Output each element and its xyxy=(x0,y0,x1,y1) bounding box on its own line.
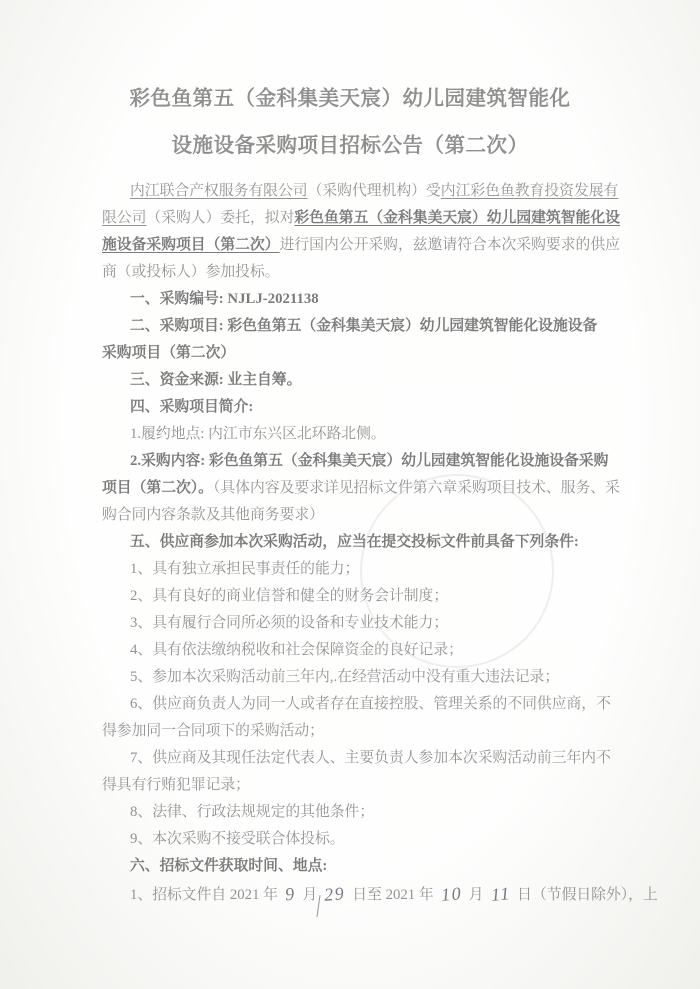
scanned-document-page: 彩色鱼第五（金科集美天宸）幼儿园建筑智能化 设施设备采购项目招标公告（第二次） … xyxy=(0,0,700,989)
document-line: 3、具有履行合同所必须的设备和专业技术能力； xyxy=(102,610,614,637)
document-title: 彩色鱼第五（金科集美天宸）幼儿园建筑智能化 设施设备采购项目招标公告（第二次） xyxy=(0,76,700,170)
document-line: 6、供应商负责人为同一人或者存在直接控股、管理关系的不同供应商，不 xyxy=(102,691,614,718)
text-segment: 8、法律、行政法规规定的其他条件； xyxy=(130,804,374,820)
document-line: 一、采购编号: NJLJ-2021138 xyxy=(102,286,614,313)
document-line: 4、具有依法缴纳税收和社会保障资金的良好记录； xyxy=(102,637,614,664)
text-segment: 3、具有履行合同所必须的设备和专业技术能力； xyxy=(130,615,448,631)
document-line: 得参加同一合同项下的采购活动； xyxy=(102,718,614,745)
text-segment: （采购人）委托，拟对 xyxy=(146,210,294,226)
text-segment: 购合同内容条款及其他商务要求） xyxy=(102,507,324,523)
document-line: 限公司（采购人）委托，拟对彩色鱼第五（金科集美天宸）幼儿园建筑智能化设 xyxy=(102,205,614,232)
document-line: 1、招标文件自 2021 年9月29日至 2021 年10月11日（节假日除外）… xyxy=(102,880,614,907)
text-segment: 三、资金来源: 业主自筹。 xyxy=(130,372,301,388)
document-body: 内江联合产权服务有限公司（采购代理机构）受内江彩色鱼教育投资发展有限公司（采购人… xyxy=(102,178,614,907)
text-segment: 月 xyxy=(469,887,484,903)
document-line: 得具有行贿犯罪记录； xyxy=(102,772,614,799)
text-segment: 5、参加本次采购活动前三年内,.在经营活动中没有重大违法记录； xyxy=(130,669,559,685)
text-segment: 限公司 xyxy=(102,210,146,226)
document-line: 施设备采购项目（第二次）进行国内公开采购，兹邀请符合本次采购要求的供应 xyxy=(102,232,614,259)
document-line: 商（或投标人）参加投标。 xyxy=(102,259,614,286)
text-segment: 6、供应商负责人为同一人或者存在直接控股、管理关系的不同供应商，不 xyxy=(130,696,611,712)
text-segment: 内江联合产权服务有限公司 xyxy=(130,183,308,199)
text-segment: 得具有行贿犯罪记录； xyxy=(102,777,250,793)
document-line: 2、具有良好的商业信誉和健全的财务会计制度； xyxy=(102,583,614,610)
handwritten-date-digit: 9 xyxy=(284,881,297,909)
document-title-line-2: 设施设备采购项目招标公告（第二次） xyxy=(0,123,700,170)
document-line: 7、供应商及其现任法定代表人、主要负责人参加本次采购活动前三年内不 xyxy=(102,745,614,772)
document-line: 二、采购项目: 彩色鱼第五（金科集美天宸）幼儿园建筑智能化设施设备 xyxy=(102,313,614,340)
document-line: 5、参加本次采购活动前三年内,.在经营活动中没有重大违法记录； xyxy=(102,664,614,691)
text-segment: 4、具有依法缴纳税收和社会保障资金的良好记录； xyxy=(130,642,463,658)
text-segment: 二、采购项目: 彩色鱼第五（金科集美天宸）幼儿园建筑智能化设施设备 xyxy=(130,318,597,334)
document-line: 三、资金来源: 业主自筹。 xyxy=(102,367,614,394)
document-line: 内江联合产权服务有限公司（采购代理机构）受内江彩色鱼教育投资发展有 xyxy=(102,178,614,205)
handwritten-date-digit: 29 xyxy=(323,880,346,909)
text-segment: 日（节假日除外），上 xyxy=(517,887,658,903)
text-segment: （具体内容及要求详见招标文件第六章采购项目技术、服务、采 xyxy=(213,480,620,496)
text-segment: （采购代理机构）受 xyxy=(308,183,441,199)
handwritten-date-digit: 10 xyxy=(440,880,463,909)
text-segment: 项目（第二次）。 xyxy=(102,480,213,496)
text-segment: 1、具有独立承担民事责任的能力； xyxy=(130,561,359,577)
document-line: 采购项目（第二次） xyxy=(102,340,614,367)
text-segment: 1、招标文件自 2021 年 xyxy=(130,887,278,903)
document-line: 2.采购内容: 彩色鱼第五（金科集美天宸）幼儿园建筑智能化设施设备采购 xyxy=(102,448,614,475)
document-line: 8、法律、行政法规规定的其他条件； xyxy=(102,799,614,826)
text-segment: 彩色鱼第五（金科集美天宸）幼儿园建筑智能化设 xyxy=(294,210,620,226)
text-segment: 2、具有良好的商业信誉和健全的财务会计制度； xyxy=(130,588,448,604)
text-segment: 日至 2021 年 xyxy=(352,887,433,903)
text-segment: 一、采购编号: NJLJ-2021138 xyxy=(130,291,319,307)
text-segment: 1.履约地点: 内江市东兴区北环路北侧。 xyxy=(130,426,386,442)
document-title-line-1: 彩色鱼第五（金科集美天宸）幼儿园建筑智能化 xyxy=(0,76,700,123)
text-segment: 六、招标文件获取时间、地点: xyxy=(130,858,327,874)
text-segment: 得参加同一合同项下的采购活动； xyxy=(102,723,324,739)
text-segment: 9、本次采购不接受联合体投标。 xyxy=(130,831,345,847)
text-segment: 五、供应商参加本次采购活动，应当在提交投标文件前具备下列条件: xyxy=(130,534,579,550)
document-line: 1、具有独立承担民事责任的能力； xyxy=(102,556,614,583)
text-segment: 采购项目（第二次） xyxy=(102,345,235,361)
document-line: 五、供应商参加本次采购活动，应当在提交投标文件前具备下列条件: xyxy=(102,529,614,556)
text-segment: 四、采购项目简介: xyxy=(130,399,253,415)
document-line: 购合同内容条款及其他商务要求） xyxy=(102,502,614,529)
text-segment: 月 xyxy=(302,887,317,903)
document-line: 四、采购项目简介: xyxy=(102,394,614,421)
text-segment: 内江彩色鱼教育投资发展有 xyxy=(441,183,619,199)
text-segment: 7、供应商及其现任法定代表人、主要负责人参加本次采购活动前三年内不 xyxy=(130,750,611,766)
document-line: 六、招标文件获取时间、地点: xyxy=(102,853,614,880)
text-segment: 商（或投标人）参加投标。 xyxy=(102,264,280,280)
text-segment: 施设备采购项目（第二次） xyxy=(102,237,280,253)
document-line: 9、本次采购不接受联合体投标。 xyxy=(102,826,614,853)
document-line: 项目（第二次）。（具体内容及要求详见招标文件第六章采购项目技术、服务、采 xyxy=(102,475,614,502)
document-line: 1.履约地点: 内江市东兴区北环路北侧。 xyxy=(102,421,614,448)
handwritten-date-digit: 11 xyxy=(489,880,511,909)
text-segment: 进行国内公开采购，兹邀请符合本次采购要求的供应 xyxy=(280,237,620,253)
text-segment: 2.采购内容: 彩色鱼第五（金科集美天宸）幼儿园建筑智能化设施设备采购 xyxy=(130,453,608,469)
